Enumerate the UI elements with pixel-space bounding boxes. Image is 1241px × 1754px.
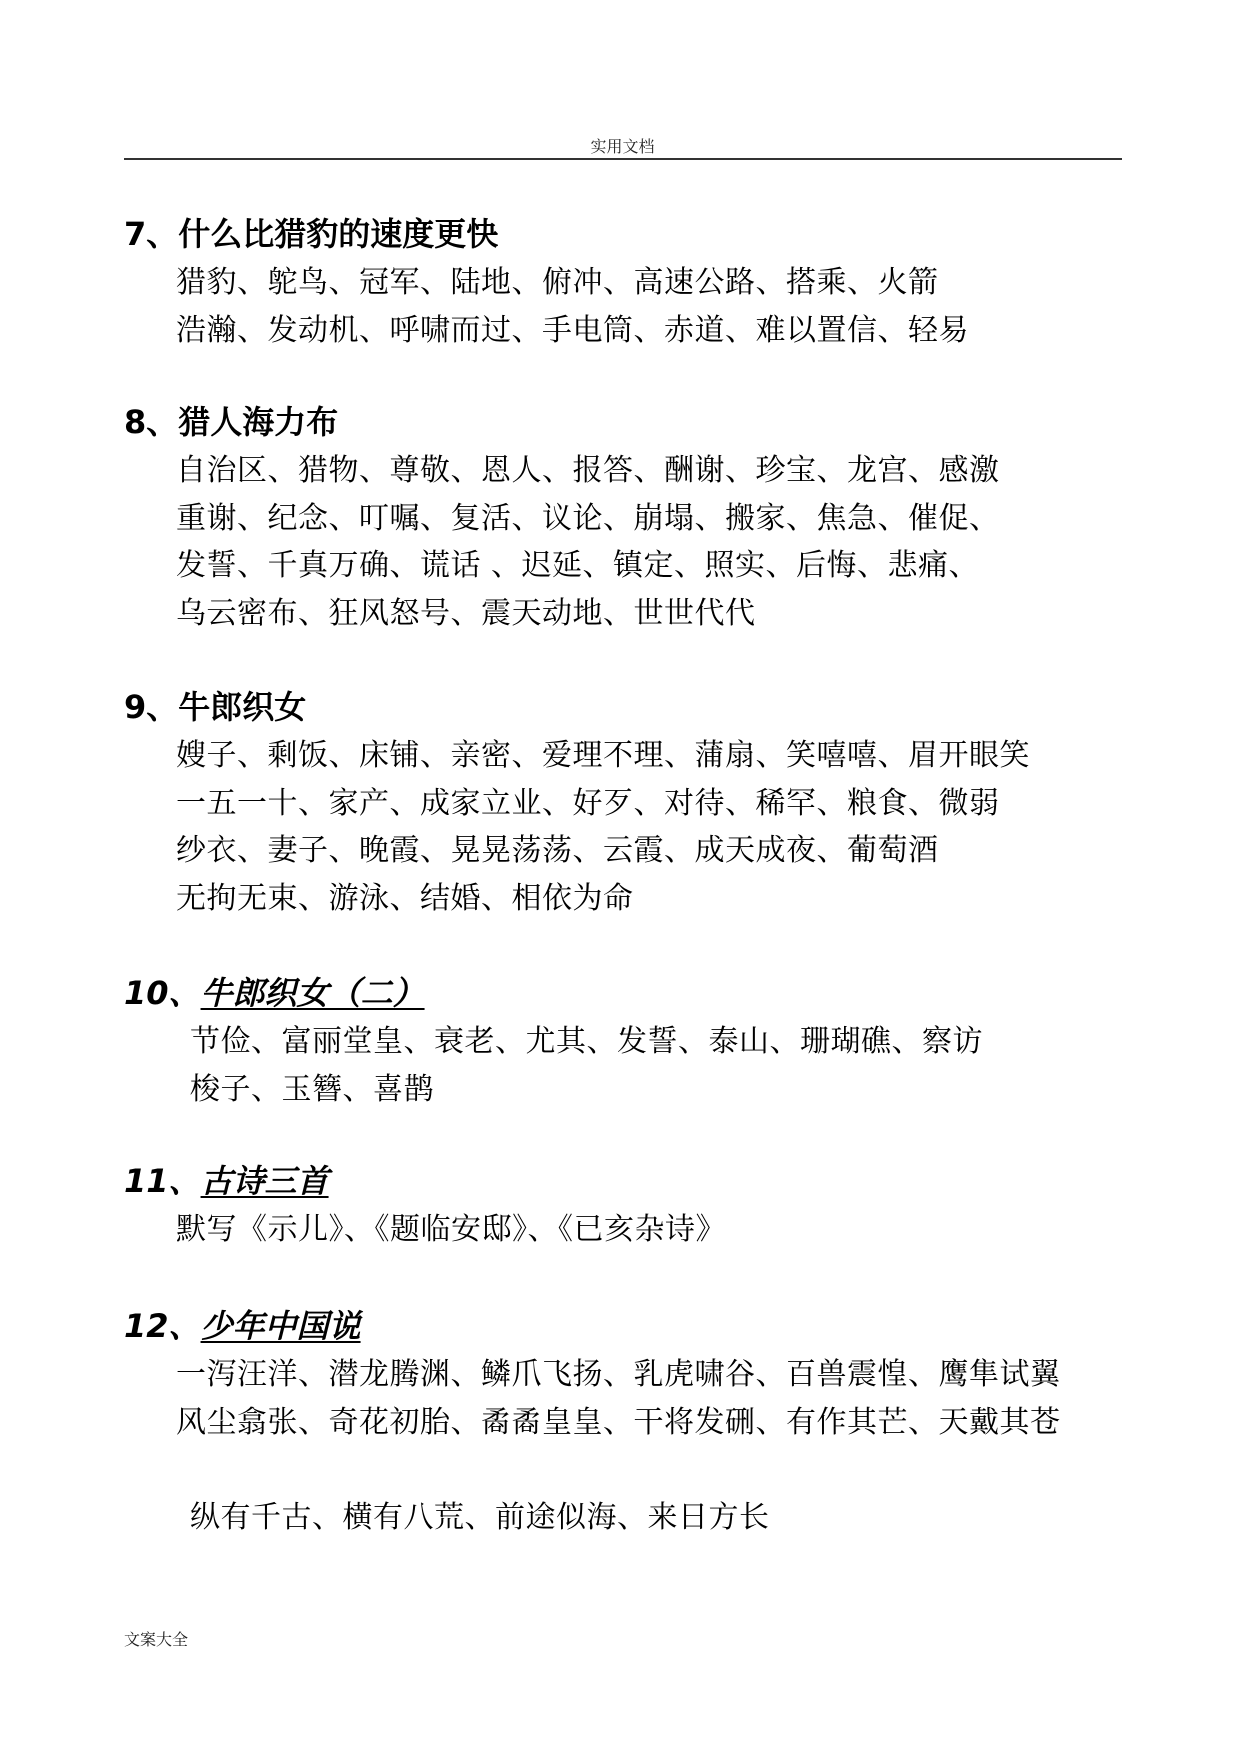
vocabulary-line: 自治区、猎物、尊敬、恩人、报答、酬谢、珍宝、龙宫、感激 <box>176 447 1124 495</box>
section-9: 9、牛郎织女 嫂子、剩饭、床铺、亲密、爱理不理、蒲扇、笑嘻嘻、眉开眼笑 一五一十… <box>124 682 1124 922</box>
section-number: 11、 <box>124 1162 201 1200</box>
section-number: 9、 <box>124 688 178 726</box>
section-title: 古诗三首 <box>201 1162 329 1200</box>
vocabulary-list: 自治区、猎物、尊敬、恩人、报答、酬谢、珍宝、龙宫、感激 重谢、纪念、叮嘱、复活、… <box>124 447 1124 637</box>
vocabulary-line: 无拘无束、游泳、结婚、相依为命 <box>176 875 1124 923</box>
vocabulary-line: 发誓、千真万确、谎话 、迟延、镇定、照实、后悔、悲痛、 <box>176 542 1124 590</box>
vocabulary-line: 节俭、富丽堂皇、衰老、尤其、发誓、泰山、珊瑚礁、察访 <box>190 1018 1124 1066</box>
section-8: 8、猎人海力布 自治区、猎物、尊敬、恩人、报答、酬谢、珍宝、龙宫、感激 重谢、纪… <box>124 397 1124 637</box>
vocabulary-list: 默写《示儿》、《题临安邸》、《已亥杂诗》 <box>124 1206 1124 1254</box>
vocabulary-line: 嫂子、剩饭、床铺、亲密、爱理不理、蒲扇、笑嘻嘻、眉开眼笑 <box>176 732 1124 780</box>
section-heading: 11、古诗三首 <box>124 1156 1124 1206</box>
section-7: 7、什么比猎豹的速度更快 猎豹、鸵鸟、冠军、陆地、俯冲、高速公路、搭乘、火箭 浩… <box>124 209 1124 354</box>
vocabulary-line: 风尘翕张、奇花初胎、矞矞皇皇、干将发硎、有作其芒、天戴其苍 <box>176 1399 1124 1447</box>
vocabulary-line: 乌云密布、狂风怒号、震天动地、世世代代 <box>176 590 1124 638</box>
section-10: 10、牛郎织女（二） 节俭、富丽堂皇、衰老、尤其、发誓、泰山、珊瑚礁、察访 梭子… <box>124 968 1124 1113</box>
section-title: 牛郎织女 <box>178 688 306 726</box>
vocabulary-line: 浩瀚、发动机、呼啸而过、手电筒、赤道、难以置信、轻易 <box>176 307 1124 355</box>
vocabulary-line: 纵有千古、横有八荒、前途似海、来日方长 <box>176 1494 1124 1542</box>
vocabulary-line: 默写《示儿》、《题临安邸》、《已亥杂诗》 <box>176 1206 1124 1254</box>
vocabulary-list: 嫂子、剩饭、床铺、亲密、爱理不理、蒲扇、笑嘻嘻、眉开眼笑 一五一十、家产、成家立… <box>124 732 1124 922</box>
section-title: 猎人海力布 <box>178 403 338 441</box>
page-footer: 文案大全 <box>124 1627 188 1650</box>
page-header: 实用文档 <box>125 134 1120 160</box>
blank-line <box>176 1446 1124 1494</box>
vocabulary-list: 猎豹、鸵鸟、冠军、陆地、俯冲、高速公路、搭乘、火箭 浩瀚、发动机、呼啸而过、手电… <box>124 259 1124 354</box>
vocabulary-line: 重谢、纪念、叮嘱、复活、议论、崩塌、搬家、焦急、催促、 <box>176 495 1124 543</box>
section-heading: 7、什么比猎豹的速度更快 <box>124 209 1124 259</box>
vocabulary-list: 节俭、富丽堂皇、衰老、尤其、发誓、泰山、珊瑚礁、察访 梭子、玉簪、喜鹊 <box>124 1018 1124 1113</box>
vocabulary-line: 梭子、玉簪、喜鹊 <box>190 1066 1124 1114</box>
section-number: 8、 <box>124 403 178 441</box>
section-11: 11、古诗三首 默写《示儿》、《题临安邸》、《已亥杂诗》 <box>124 1156 1124 1254</box>
section-12: 12、少年中国说 一泻汪洋、潜龙腾渊、鳞爪飞扬、乳虎啸谷、百兽震惶、鹰隼试翼 风… <box>124 1301 1124 1541</box>
section-title: 牛郎织女（二） <box>201 974 425 1012</box>
vocabulary-line: 猎豹、鸵鸟、冠军、陆地、俯冲、高速公路、搭乘、火箭 <box>176 259 1124 307</box>
section-heading: 8、猎人海力布 <box>124 397 1124 447</box>
section-title: 什么比猎豹的速度更快 <box>178 215 498 253</box>
section-heading: 9、牛郎织女 <box>124 682 1124 732</box>
section-number: 7、 <box>124 215 178 253</box>
section-heading: 10、牛郎织女（二） <box>124 968 1124 1018</box>
section-number: 10、 <box>124 974 201 1012</box>
section-number: 12、 <box>124 1307 201 1345</box>
vocabulary-line: 纱衣、妻子、晚霞、晃晃荡荡、云霞、成天成夜、葡萄酒 <box>176 827 1124 875</box>
vocabulary-line: 一五一十、家产、成家立业、好歹、对待、稀罕、粮食、微弱 <box>176 780 1124 828</box>
vocabulary-line: 一泻汪洋、潜龙腾渊、鳞爪飞扬、乳虎啸谷、百兽震惶、鹰隼试翼 <box>176 1351 1124 1399</box>
section-title: 少年中国说 <box>201 1307 361 1345</box>
section-heading: 12、少年中国说 <box>124 1301 1124 1351</box>
vocabulary-list: 一泻汪洋、潜龙腾渊、鳞爪飞扬、乳虎啸谷、百兽震惶、鹰隼试翼 风尘翕张、奇花初胎、… <box>124 1351 1124 1541</box>
header-divider <box>124 158 1122 160</box>
